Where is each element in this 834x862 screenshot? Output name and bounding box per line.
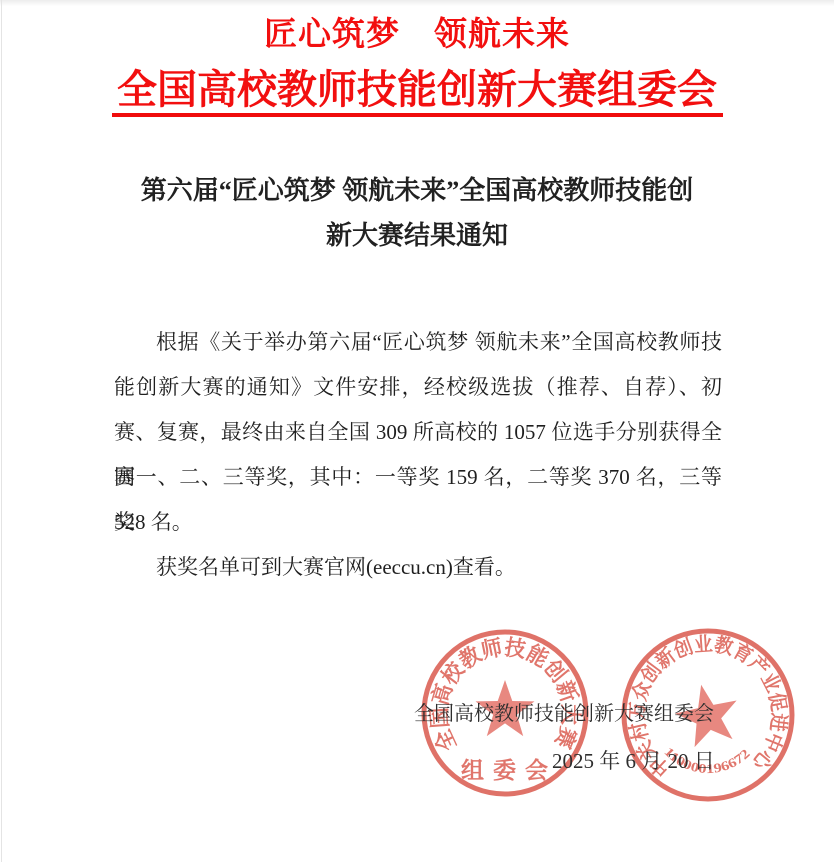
signature-date: 2025 年 6 月 20 日 [552, 745, 715, 775]
signature-organization: 全国高校教师技能创新大赛组委会 [414, 697, 714, 726]
document-title-line1: 第六届“匠心筑梦 领航未来”全国高校教师技能创 [0, 168, 834, 213]
document-title-line2: 新大赛结果通知 [0, 213, 834, 258]
seal-bottom-text: 组委会 [461, 757, 557, 783]
page-top-edge [0, 0, 834, 6]
letterhead-divider [112, 113, 723, 117]
document-title: 第六届“匠心筑梦 领航未来”全国高校教师技能创 新大赛结果通知 [0, 168, 834, 258]
body-line: 能创新大赛的通知》文件安排，经校级选拔（推荐、自荐）、初 [114, 365, 722, 410]
document-page: 匠心筑梦 领航未来 全国高校教师技能创新大赛组委会 第六届“匠心筑梦 领航未来”… [0, 0, 834, 862]
letterhead-slogan: 匠心筑梦 领航未来 [0, 8, 834, 55]
document-body: 根据《关于举办第六届“匠心筑梦 领航未来”全国高校教师技 能创新大赛的通知》文件… [114, 320, 722, 590]
page-left-edge [1, 0, 2, 862]
letterhead-organization: 全国高校教师技能创新大赛组委会 [0, 58, 834, 115]
body-line: 根据《关于举办第六届“匠心筑梦 领航未来”全国高校教师技 [114, 320, 722, 365]
body-line: 赛一、二、三等奖，其中：一等奖 159 名，二等奖 370 名，三等奖 [114, 455, 722, 500]
body-line: 528 名。 [114, 500, 722, 545]
body-line-website: 获奖名单可到大赛官网(eeccu.cn)查看。 [114, 545, 722, 590]
body-line: 赛、复赛，最终由来自全国 309 所高校的 1057 位选手分别获得全国 [114, 410, 722, 455]
